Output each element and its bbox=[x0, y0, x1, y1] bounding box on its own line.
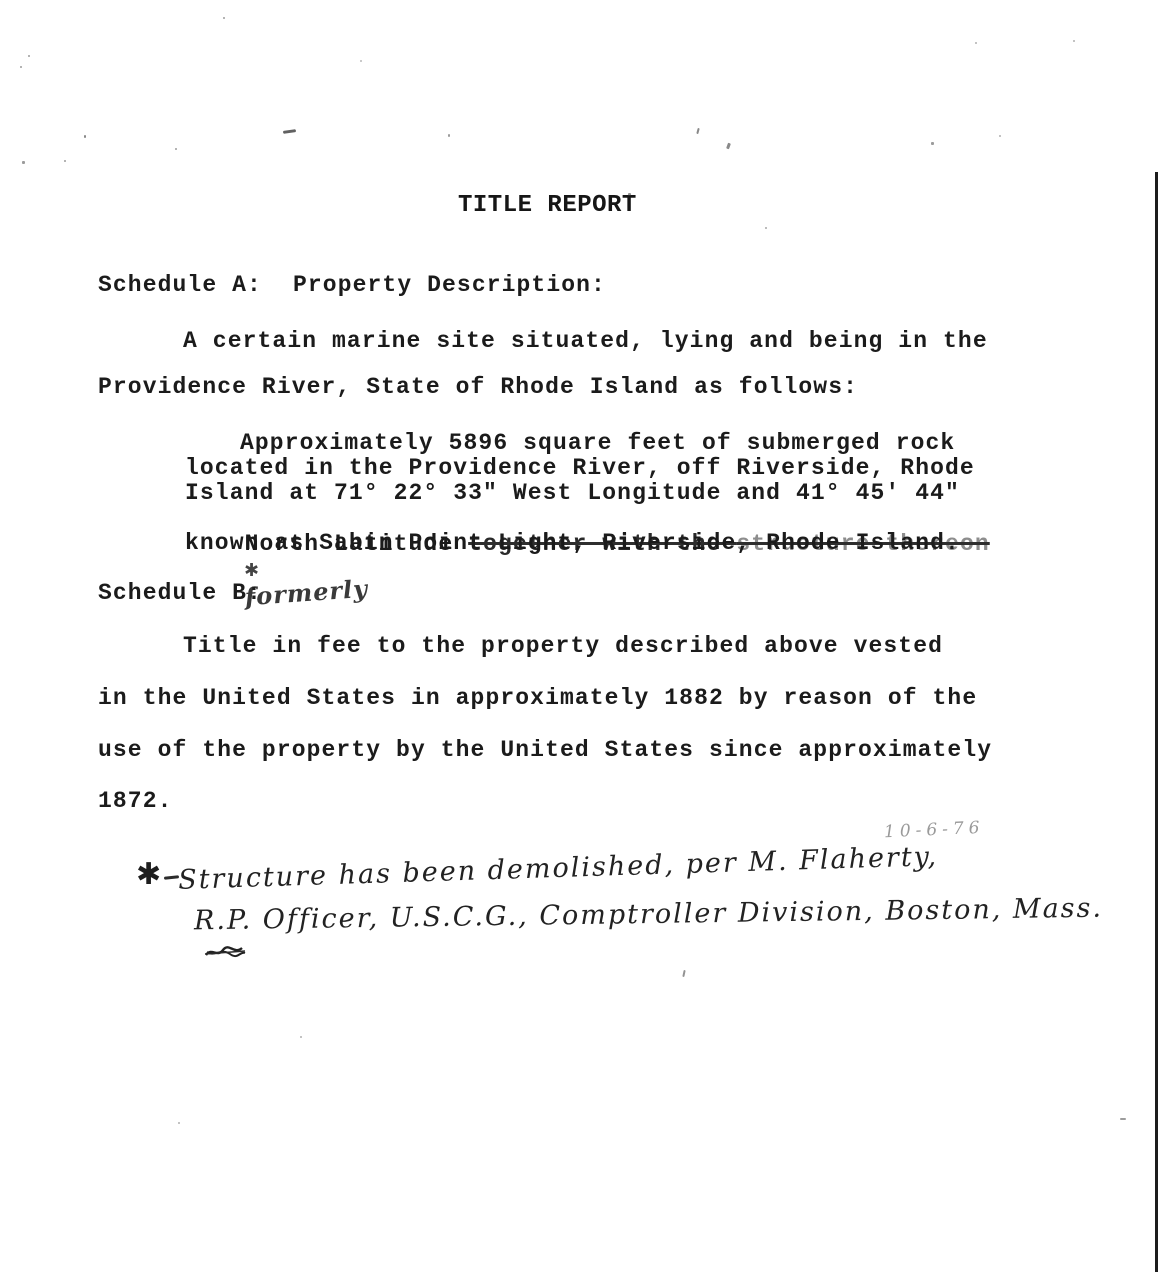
property-description-latitude-line: North Latitude together with the structu… bbox=[185, 505, 990, 637]
handwritten-footnote-line: Structure has been demolished, per M. Fl… bbox=[178, 841, 939, 896]
scan-speck bbox=[300, 1036, 302, 1038]
pen-stroke bbox=[164, 875, 179, 880]
property-description-line: located in the Providence River, off Riv… bbox=[185, 455, 975, 481]
schedule-b-body-line: 1872. bbox=[98, 788, 173, 814]
schedule-a-heading: Schedule A: bbox=[98, 272, 262, 298]
scan-speck bbox=[175, 148, 177, 150]
schedule-b-body-line: in the United States in approximately 18… bbox=[98, 685, 977, 711]
scan-speck bbox=[20, 66, 22, 68]
schedule-a-intro-line: Providence River, State of Rhode Island … bbox=[98, 374, 858, 400]
scan-speck bbox=[726, 143, 731, 150]
scan-speck bbox=[360, 60, 362, 62]
scan-speck bbox=[283, 129, 296, 134]
scan-speck bbox=[628, 193, 631, 196]
handwritten-footnote-line: R.P. Officer, U.S.C.G., Comptroller Divi… bbox=[194, 893, 1103, 937]
scan-edge-line bbox=[1155, 172, 1158, 1272]
property-description-line: Approximately 5896 square feet of submer… bbox=[240, 430, 955, 456]
scan-speck bbox=[178, 1122, 180, 1124]
schedule-a-intro-line: A certain marine site situated, lying an… bbox=[183, 328, 988, 354]
scan-speck bbox=[448, 134, 450, 137]
schedule-b-body-line: use of the property by the United States… bbox=[98, 737, 992, 763]
footnote-asterisk-mark: ✱ bbox=[136, 857, 161, 892]
scan-speck bbox=[84, 135, 86, 138]
property-description-line: known as Sabin Point Light, Riverside, R… bbox=[185, 530, 960, 556]
schedule-a-subheading: Property Description: bbox=[293, 272, 606, 298]
handwritten-insertion: formerly bbox=[244, 576, 369, 611]
scan-speck bbox=[64, 160, 66, 162]
page-title: TITLE REPORT bbox=[458, 193, 637, 219]
scan-speck bbox=[696, 128, 699, 134]
scan-speck bbox=[28, 55, 30, 57]
scanned-title-report-page: TITLE REPORT Schedule A: Property Descri… bbox=[0, 0, 1171, 1272]
scan-speck bbox=[931, 142, 934, 145]
scan-speck bbox=[999, 135, 1001, 137]
schedule-b-body-line: Title in fee to the property described a… bbox=[183, 633, 943, 659]
schedule-b-heading: Schedule B: bbox=[98, 580, 262, 606]
scan-speck bbox=[765, 227, 767, 229]
scan-speck bbox=[223, 17, 225, 19]
scan-speck bbox=[22, 161, 25, 164]
scan-speck bbox=[682, 970, 685, 977]
scan-speck bbox=[1073, 40, 1075, 42]
scribble-mark bbox=[204, 943, 248, 966]
handwritten-date: 10-6-76 bbox=[884, 818, 985, 842]
property-description-line: Island at 71° 22° 33" West Longitude and… bbox=[185, 480, 960, 506]
scan-speck bbox=[975, 42, 977, 44]
scan-speck bbox=[1120, 1118, 1126, 1120]
